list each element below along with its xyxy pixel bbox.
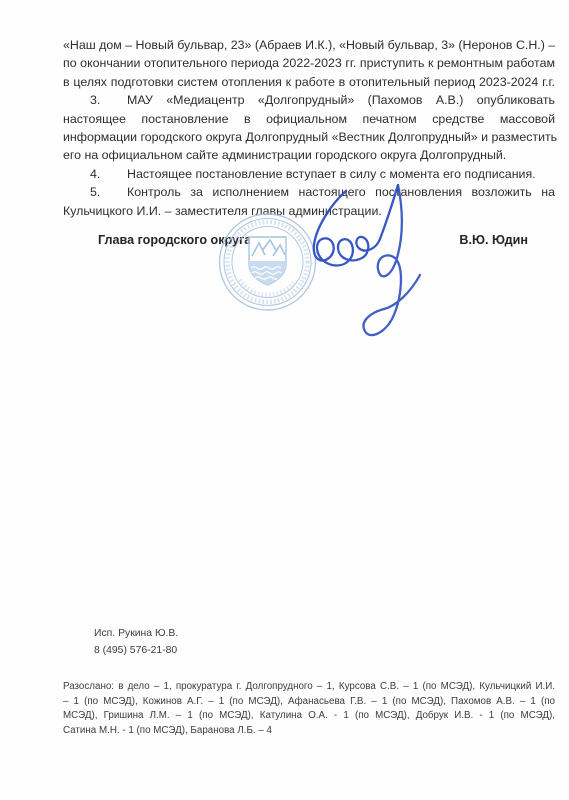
document-page: «Наш дом – Новый бульвар, 23» (Абраев И.… <box>0 0 569 800</box>
executor-block: Исп. Рукина Ю.В. 8 (495) 576-21-80 <box>94 625 178 659</box>
text-line: Разослано: в дело – 1, прокуратура г. До… <box>63 680 555 695</box>
executor-phone: 8 (495) 576-21-80 <box>94 642 178 659</box>
text-line: в целях подготовки систем отопления к ра… <box>63 73 555 91</box>
paragraph-number: 5. <box>90 183 127 201</box>
signature-ink-icon <box>282 175 427 350</box>
paragraph-number: 4. <box>90 165 127 183</box>
paragraph-number: 3. <box>90 91 127 109</box>
signer-name: В.Ю. Юдин <box>459 231 555 249</box>
text-line: – 1 (по МСЭД), Кожинов А.Г. – 1 (по МСЭД… <box>63 695 555 710</box>
text-line: информации городского округа Долгопрудны… <box>63 128 555 146</box>
text-line: МСЭД), Гришина Л.М. – 1 (по МСЭД), Катул… <box>63 709 555 724</box>
text-line: по окончании отопительного периода 2022-… <box>63 54 555 72</box>
text-line: «Наш дом – Новый бульвар, 23» (Абраев И.… <box>63 36 555 54</box>
text-line: 3.МАУ «Медиацентр «Долгопрудный» (Пахомо… <box>63 91 555 109</box>
text-line: его на официальном сайте администрации г… <box>63 146 555 164</box>
executor-name: Исп. Рукина Ю.В. <box>94 625 178 642</box>
text-line: Сатина М.Н. - 1 (по МСЭД), Баранова Л.Б.… <box>63 724 555 739</box>
text-line: настоящее постановление в официальном пе… <box>63 110 555 128</box>
distribution-list: Разослано: в дело – 1, прокуратура г. До… <box>63 680 555 738</box>
